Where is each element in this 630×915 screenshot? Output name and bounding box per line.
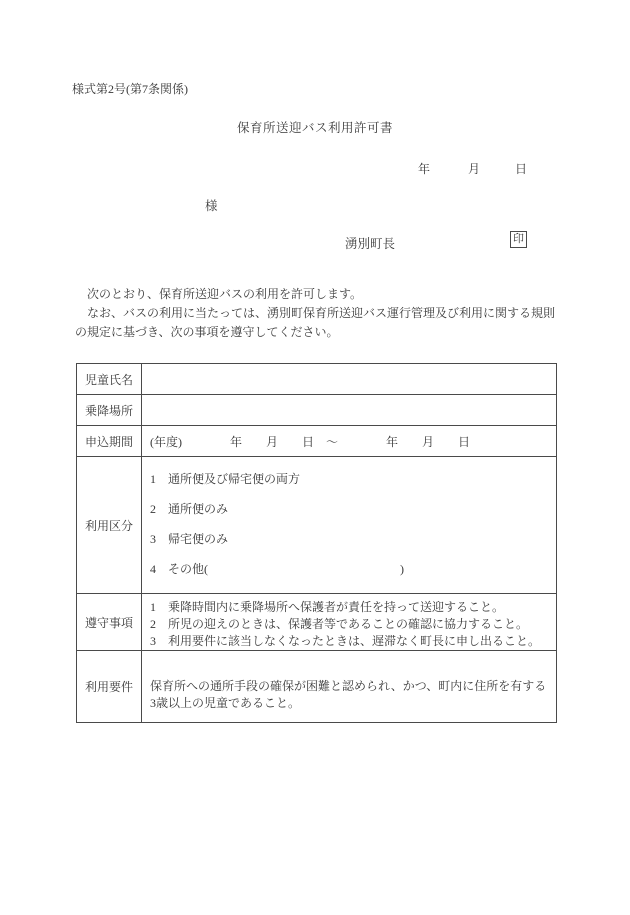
eligibility-requirements-value: 保育所への通所手段の確保が困難と認められ、かつ、町内に住所を有する3歳以上の児童… bbox=[142, 651, 557, 723]
permit-document-page: 様式第2号(第7条関係) 保育所送迎バス利用許可書 年 月 日 様 湧別町長 印… bbox=[0, 0, 630, 915]
permit-table: 児童氏名 乗降場所 申込期間 (年度) 年 月 日 ～ 年 月 日 利用区分 1… bbox=[76, 363, 557, 723]
usage-category-label: 利用区分 bbox=[77, 457, 142, 594]
boarding-place-value bbox=[142, 395, 557, 426]
document-title: 保育所送迎バス利用許可書 bbox=[0, 121, 630, 136]
child-name-label: 児童氏名 bbox=[77, 364, 142, 395]
application-period-value: (年度) 年 月 日 ～ 年 月 日 bbox=[142, 426, 557, 457]
compliance-rule: 3 利用要件に該当しなくなったときは、遅滞なく町長に申し出ること。 bbox=[150, 633, 550, 650]
date-month-label: 月 bbox=[468, 160, 480, 177]
usage-option: 2 通所便のみ bbox=[150, 503, 550, 516]
eligibility-requirements-text: 保育所への通所手段の確保が困難と認められ、かつ、町内に住所を有する3歳以上の児童… bbox=[150, 678, 550, 712]
date-year-label: 年 bbox=[418, 160, 430, 177]
body-line: なお、バスの利用に当たっては、湧別町保育所送迎バス運行管理及び利用に関する規則 bbox=[75, 304, 565, 323]
issuer-name: 湧別町長 bbox=[345, 234, 395, 252]
body-line: 次のとおり、保育所送迎バスの利用を許可します。 bbox=[75, 285, 565, 304]
child-name-value bbox=[142, 364, 557, 395]
table-row-application-period: 申込期間 (年度) 年 月 日 ～ 年 月 日 bbox=[77, 426, 557, 457]
body-paragraph: 次のとおり、保育所送迎バスの利用を許可します。 なお、バスの利用に当たっては、湧… bbox=[75, 285, 565, 342]
addressee-honorific: 様 bbox=[205, 196, 218, 214]
body-line: の規定に基づき、次の事項を遵守してください。 bbox=[75, 323, 565, 342]
usage-category-options: 1 通所便及び帰宅便の両方 2 通所便のみ 3 帰宅便のみ 4 その他( ) bbox=[142, 457, 557, 594]
compliance-rules-list: 1 乗降時間内に乗降場所へ保護者が責任を持って送迎すること。 2 所児の迎えのと… bbox=[142, 594, 557, 651]
compliance-rule: 1 乗降時間内に乗降場所へ保護者が責任を持って送迎すること。 bbox=[150, 599, 550, 616]
table-row-usage-category: 利用区分 1 通所便及び帰宅便の両方 2 通所便のみ 3 帰宅便のみ 4 その他… bbox=[77, 457, 557, 594]
application-period-label: 申込期間 bbox=[77, 426, 142, 457]
table-row-child-name: 児童氏名 bbox=[77, 364, 557, 395]
table-row-eligibility-requirements: 利用要件 保育所への通所手段の確保が困難と認められ、かつ、町内に住所を有する3歳… bbox=[77, 651, 557, 723]
compliance-rules-label: 遵守事項 bbox=[77, 594, 142, 651]
issue-date-line: 年 月 日 bbox=[0, 160, 630, 174]
usage-option: 1 通所便及び帰宅便の両方 bbox=[150, 473, 550, 486]
table-row-compliance-rules: 遵守事項 1 乗降時間内に乗降場所へ保護者が責任を持って送迎すること。 2 所児… bbox=[77, 594, 557, 651]
compliance-rule: 2 所児の迎えのときは、保護者等であることの確認に協力すること。 bbox=[150, 616, 550, 633]
date-day-label: 日 bbox=[515, 160, 527, 177]
boarding-place-label: 乗降場所 bbox=[77, 395, 142, 426]
eligibility-requirements-label: 利用要件 bbox=[77, 651, 142, 723]
usage-option: 4 その他( ) bbox=[150, 563, 550, 576]
form-number: 様式第2号(第7条関係) bbox=[72, 82, 188, 96]
usage-option: 3 帰宅便のみ bbox=[150, 533, 550, 546]
table-row-boarding-place: 乗降場所 bbox=[77, 395, 557, 426]
seal-stamp-box: 印 bbox=[510, 231, 527, 248]
